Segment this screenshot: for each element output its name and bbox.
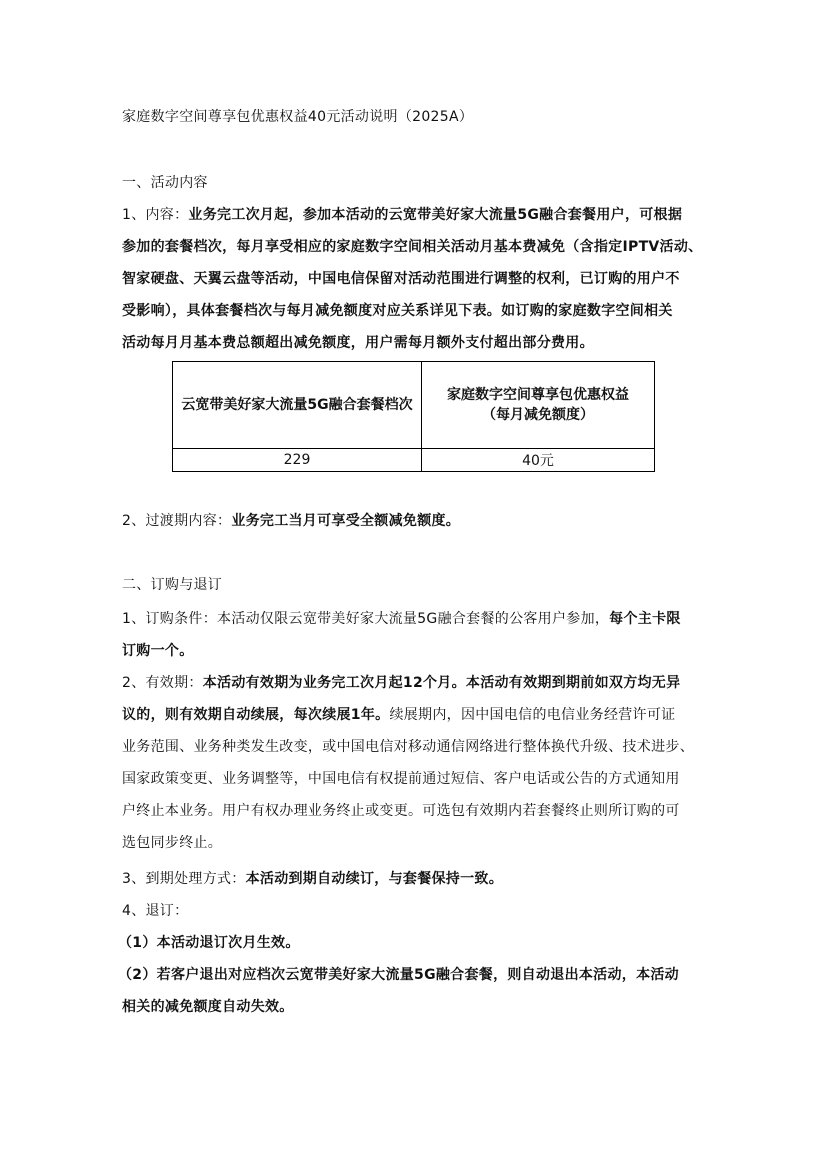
item-label: 1、内容： [122,207,188,223]
table-cell-discount: 40元 [422,449,655,472]
section1-item1-line1: 1、内容：业务完工次月起，参加本活动的云宽带美好家大流量5G融合套餐用户，可根据 [122,206,682,224]
table-header-discount-line1: 家庭数字空间尊享包优惠权益 [422,385,654,405]
section2-item1-line1: 1、订购条件：本活动仅限云宽带美好家大流量5G融合套餐的公客用户参加，每个主卡限 [122,610,681,628]
section1-item1-line2: 参加的套餐档次，每月享受相应的家庭数字空间相关活动月基本费减免（含指定IPTV活… [122,238,702,256]
section2-item2-line6: 选包同步终止。 [122,834,222,852]
table-header-discount-line2: （每月减免额度） [422,405,654,425]
section1-item1-line3: 智家硬盘、天翼云盘等活动，中国电信保留对活动范围进行调整的权利，已订购的用户不 [122,270,680,288]
document-page: 家庭数字空间尊享包优惠权益40元活动说明（2025A） 一、活动内容 1、内容：… [0,0,827,1169]
table-header-row: 云宽带美好家大流量5G融合套餐档次 家庭数字空间尊享包优惠权益 （每月减免额度） [173,362,655,449]
item-text-bold: 本活动到期自动续订，与套餐保持一致。 [246,871,503,887]
item-label: 3、到期处理方式： [122,871,246,887]
document-title: 家庭数字空间尊享包优惠权益40元活动说明（2025A） [122,108,473,126]
item-label: 1、订购条件： [122,611,217,627]
item-label: 2、过渡期内容： [122,513,231,529]
section2-heading: 二、订购与退订 [122,576,222,594]
section2-item4-label: 4、退订： [122,902,188,920]
item-text-bold: 每个主卡限 [609,611,681,627]
section2-item4-sub2-line2: 相关的减免额度自动失效。 [122,998,294,1016]
section2-item3: 3、到期处理方式：本活动到期自动续订，与套餐保持一致。 [122,870,503,888]
section2-item2-line3: 业务范围、业务种类发生改变，或中国电信对移动通信网络进行整体换代升级、技术进步、 [122,738,694,756]
table-cell-tier: 229 [173,449,422,472]
section2-item2-line4: 国家政策变更、业务调整等，中国电信有权提前通过短信、客户电话或公告的方式通知用 [122,770,680,788]
item-text: 业务完工次月起，参加本活动的云宽带美好家大流量5G融合套餐用户，可根据 [188,207,682,223]
section2-item2-line1: 2、有效期：本活动有效期为业务完工次月起12个月。本活动有效期到期前如双方均无异 [122,674,680,692]
table-header-tier: 云宽带美好家大流量5G融合套餐档次 [173,362,422,449]
section2-item1-line2: 订购一个。 [122,642,194,660]
table-header-discount: 家庭数字空间尊享包优惠权益 （每月减免额度） [422,362,655,449]
section1-item1-line4: 受影响），具体套餐档次与每月减免额度对应关系详见下表。如订购的家庭数字空间相关 [122,302,673,320]
section2-item2-line2: 议的，则有效期自动续展，每次续展1年。续展期内，因中国电信的电信业务经营许可证 [122,706,675,724]
table-row: 229 40元 [173,449,655,472]
item-text: 本活动仅限云宽带美好家大流量5G融合套餐的公客用户参加， [217,611,609,627]
section1-item1-line5: 活动每月月基本费总额超出减免额度，用户需每月额外支付超出部分费用。 [122,334,594,352]
section2-item2-line5: 户终止本业务。用户有权办理业务终止或变更。可选包有效期内若套餐终止则所订购的可 [122,802,680,820]
section2-item4-sub2-line1: （2）若客户退出对应档次云宽带美好家大流量5G融合套餐，则自动退出本活动，本活动 [118,966,679,984]
item-text-bold: 议的，则有效期自动续展，每次续展1年。 [122,707,389,723]
item-text: 业务完工当月可享受全额减免额度。 [231,513,460,529]
section1-item2: 2、过渡期内容：业务完工当月可享受全额减免额度。 [122,512,460,530]
item-text: 续展期内，因中国电信的电信业务经营许可证 [389,707,675,723]
section1-heading: 一、活动内容 [122,174,208,192]
discount-table: 云宽带美好家大流量5G融合套餐档次 家庭数字空间尊享包优惠权益 （每月减免额度）… [172,361,655,472]
section2-item4-sub1: （1）本活动退订次月生效。 [118,934,300,952]
item-text-bold: 本活动有效期为业务完工次月起12个月。本活动有效期到期前如双方均无异 [203,675,681,691]
item-label: 2、有效期： [122,675,203,691]
